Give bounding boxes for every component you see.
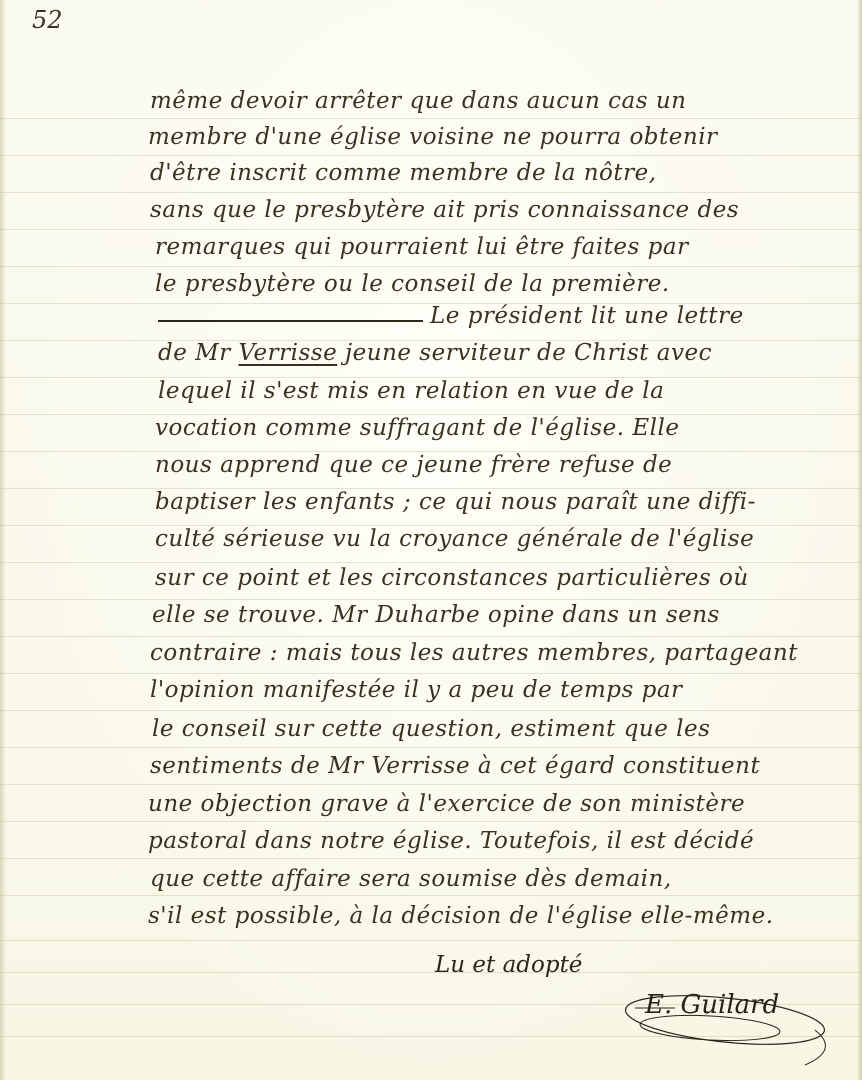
closing-note: Lu et adopté bbox=[435, 952, 582, 978]
ruled-line bbox=[0, 192, 862, 193]
text-line: pastoral dans notre église. Toutefois, i… bbox=[148, 828, 754, 854]
paragraph-divider-stroke bbox=[158, 320, 423, 322]
text-line: contraire : mais tous les autres membres… bbox=[150, 640, 798, 666]
ruled-line bbox=[0, 155, 862, 156]
ruled-line bbox=[0, 266, 862, 267]
text-line: sentiments de Mr Verrisse à cet égard co… bbox=[150, 753, 760, 779]
text-line: remarques qui pourraient lui être faites… bbox=[155, 234, 689, 260]
text-line: lequel il s'est mis en relation en vue d… bbox=[158, 378, 664, 404]
text-line: membre d'une église voisine ne pourra ob… bbox=[148, 124, 718, 150]
underlined-name: Verrisse bbox=[239, 340, 338, 366]
signature-name: E. Guilard bbox=[645, 990, 779, 1020]
ruled-line bbox=[0, 895, 862, 896]
text-suffix: jeune serviteur de Christ avec bbox=[337, 340, 712, 366]
manuscript-page: 52 même devoir arrêter que dans aucun ca… bbox=[0, 0, 862, 1080]
text-line: culté sérieuse vu la croyance générale d… bbox=[155, 526, 754, 552]
ruled-line bbox=[0, 972, 862, 973]
text-line: l'opinion manifestée il y a peu de temps… bbox=[150, 677, 683, 703]
ruled-line bbox=[0, 747, 862, 748]
ruled-line bbox=[0, 940, 862, 941]
ruled-line bbox=[0, 710, 862, 711]
ruled-line bbox=[0, 118, 862, 119]
ruled-line bbox=[0, 784, 862, 785]
signature: E. Guilard bbox=[615, 980, 845, 1070]
text-line: le presbytère ou le conseil de la premiè… bbox=[155, 271, 670, 297]
ruled-line bbox=[0, 636, 862, 637]
text-line: baptiser les enfants ; ce qui nous paraî… bbox=[155, 489, 756, 515]
text-line: s'il est possible, à la décision de l'ég… bbox=[148, 903, 774, 929]
text-line: le conseil sur cette question, estiment … bbox=[152, 716, 710, 742]
ruled-line bbox=[0, 673, 862, 674]
text-line: d'être inscrit comme membre de la nôtre, bbox=[150, 160, 657, 186]
text-line: sans que le presbytère ait pris connaiss… bbox=[150, 197, 739, 223]
text-line: une objection grave à l'exercice de son … bbox=[148, 791, 745, 817]
text-prefix: de Mr bbox=[158, 340, 239, 366]
text-line: sur ce point et les circonstances partic… bbox=[155, 565, 749, 591]
text-line: de Mr Verrisse jeune serviteur de Christ… bbox=[158, 340, 712, 366]
page-number: 52 bbox=[32, 6, 63, 34]
ruled-line bbox=[0, 821, 862, 822]
paper-edge-right bbox=[857, 0, 862, 1080]
ruled-line bbox=[0, 858, 862, 859]
paper-edge-left bbox=[0, 0, 6, 1080]
ruled-line bbox=[0, 599, 862, 600]
text-line: elle se trouve. Mr Duharbe opine dans un… bbox=[152, 602, 720, 628]
text-line: nous apprend que ce jeune frère refuse d… bbox=[155, 452, 672, 478]
ruled-line bbox=[0, 562, 862, 563]
text-line: vocation comme suffragant de l'église. E… bbox=[155, 415, 679, 441]
text-line: même devoir arrêter que dans aucun cas u… bbox=[150, 88, 686, 114]
text-line: que cette affaire sera soumise dès demai… bbox=[150, 866, 672, 892]
ruled-line bbox=[0, 229, 862, 230]
text-line: Le président lit une lettre bbox=[430, 303, 744, 329]
